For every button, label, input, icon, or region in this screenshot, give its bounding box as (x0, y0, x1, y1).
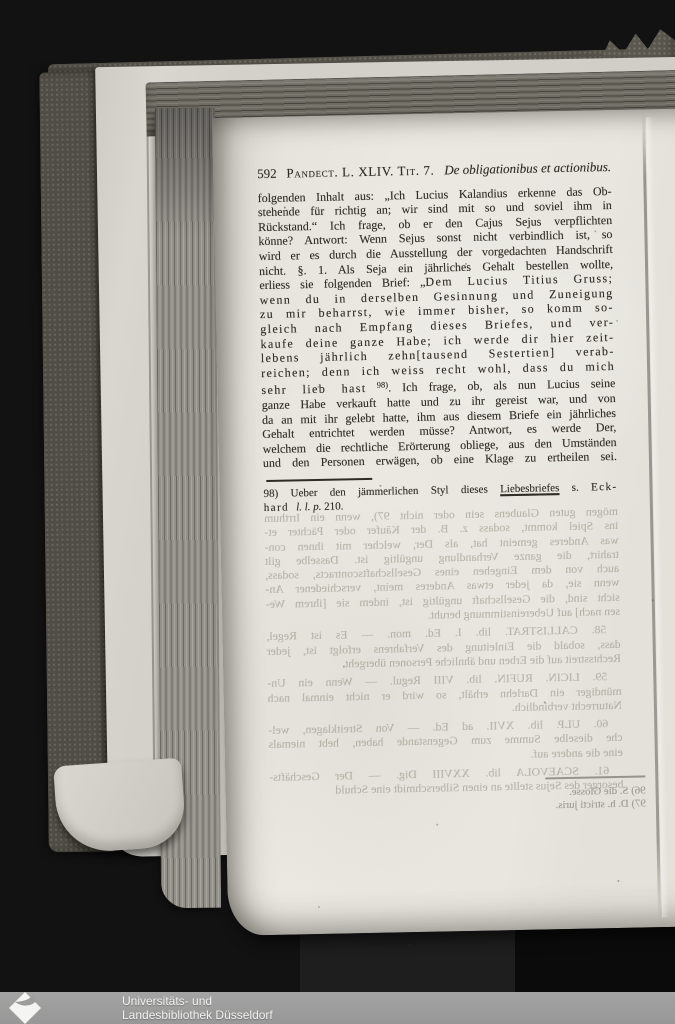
header-title: Pandect. L. XLIV. Tit. 7. (286, 164, 434, 182)
bleedthrough-footnote-lines: 96) S. die Glosse.97) D. h. stricti juri… (436, 784, 646, 814)
page-number: 592 (257, 167, 277, 182)
background-shadow-patch (300, 925, 515, 995)
page-header: 592 Pandect. L. XLIV. Tit. 7. De obligat… (257, 160, 611, 182)
bleedthrough-footnote: 96) S. die Glosse.97) D. h. stricti juri… (435, 775, 646, 814)
printed-text-block: 592 Pandect. L. XLIV. Tit. 7. De obligat… (257, 160, 618, 515)
library-name-line1: Universitäts- und (122, 994, 273, 1008)
text-line: 97) D. h. stricti juris. (436, 797, 646, 814)
bleedthrough-text: mögen guten Glaubens sein oder nicht 97)… (264, 496, 624, 799)
library-name-line2: Landesbibliothek Düsseldorf (122, 1008, 273, 1022)
library-logo-icon (8, 991, 42, 1024)
library-banner: Universitäts- und Landesbibliothek Düsse… (0, 992, 675, 1024)
library-name: Universitäts- und Landesbibliothek Düsse… (122, 994, 273, 1022)
header-descriptor: De obligationibus et actionibus. (444, 160, 611, 178)
body-text: folgenden Inhalt aus: „Ich Lucius Kaland… (257, 184, 617, 471)
book-page: 592 Pandect. L. XLIV. Tit. 7. De obligat… (212, 108, 675, 935)
footnote-rule (266, 478, 372, 483)
book-scan-photo: 592 Pandect. L. XLIV. Tit. 7. De obligat… (0, 0, 675, 1024)
